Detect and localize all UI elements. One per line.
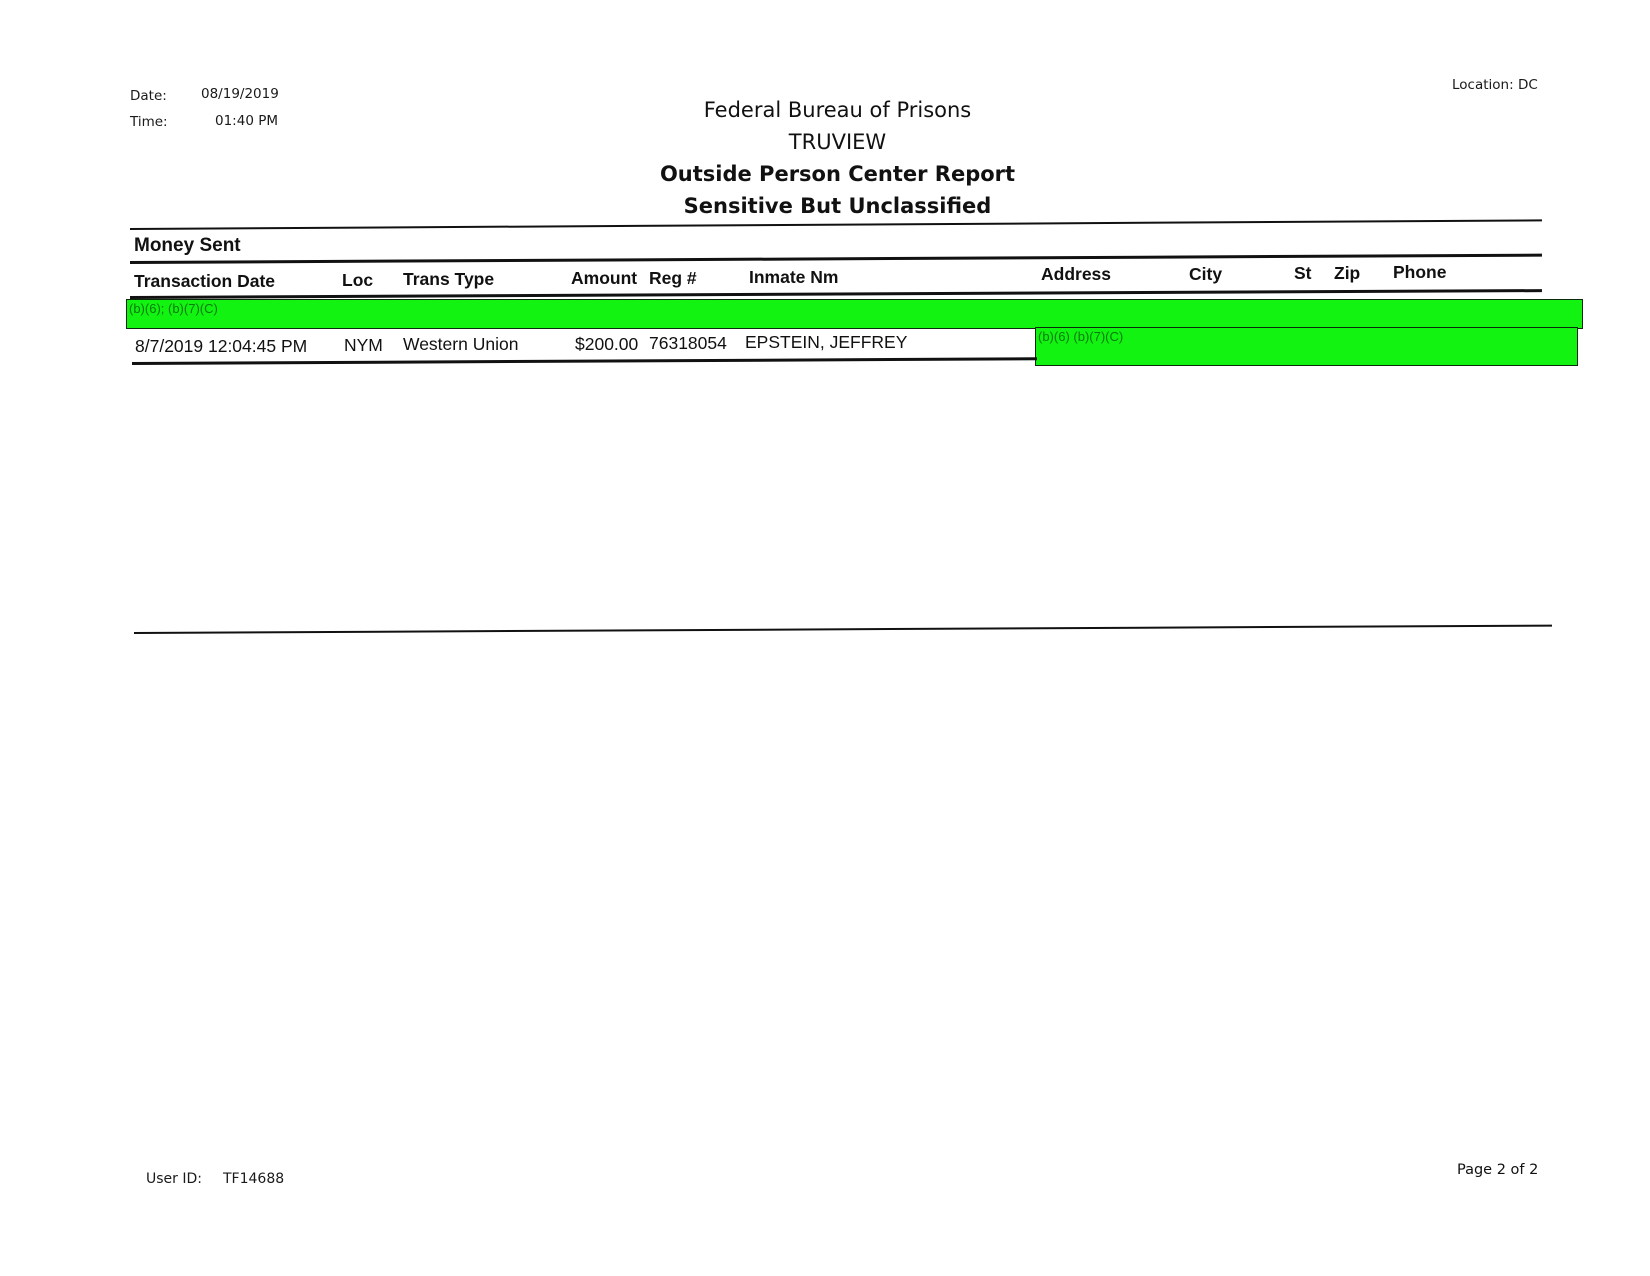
date-label: Date: — [130, 88, 167, 104]
report-time: 01:40 PM — [215, 113, 278, 129]
col-header-amount: Amount — [571, 268, 637, 289]
agency-name: Federal Bureau of Prisons — [600, 94, 1075, 126]
col-header-zip: Zip — [1334, 263, 1360, 284]
col-header-reg-num: Reg # — [649, 268, 697, 289]
col-header-trans-type: Trans Type — [403, 269, 494, 290]
col-header-st: St — [1294, 263, 1312, 284]
cell-loc: NYM — [344, 335, 383, 356]
col-header-city: City — [1189, 264, 1222, 285]
section-title-rule — [130, 254, 1542, 264]
section-end-rule — [134, 625, 1552, 634]
section-title: Money Sent — [134, 235, 241, 257]
redaction-block-row: (b)(6); (b)(7)(C) — [126, 299, 1583, 329]
row-bottom-rule — [132, 357, 1037, 364]
col-header-transaction-date: Transaction Date — [134, 271, 275, 292]
redaction-code: (b)(6) (b)(7)(C) — [1038, 329, 1123, 344]
report-title-block: Federal Bureau of Prisons TRUVIEW Outsid… — [600, 94, 1075, 222]
col-header-loc: Loc — [342, 270, 373, 291]
classification-label: Sensitive But Unclassified — [600, 190, 1075, 222]
system-name: TRUVIEW — [600, 126, 1075, 158]
cell-amount: $200.00 — [575, 334, 638, 355]
time-label: Time: — [130, 114, 168, 130]
col-header-address: Address — [1041, 264, 1111, 285]
cell-inmate-nm: EPSTEIN, JEFFREY — [745, 332, 907, 353]
col-header-phone: Phone — [1393, 262, 1446, 283]
page-number: Page 2 of 2 — [1457, 1162, 1538, 1178]
location: Location: DC — [1452, 77, 1538, 93]
col-header-inmate-nm: Inmate Nm — [749, 267, 838, 288]
user-id-value: TF14688 — [223, 1171, 284, 1187]
report-date: 08/19/2019 — [201, 86, 279, 102]
user-id-label: User ID: — [146, 1171, 202, 1187]
cell-trans-type: Western Union — [403, 334, 518, 355]
report-name: Outside Person Center Report — [600, 158, 1075, 190]
redaction-code: (b)(6); (b)(7)(C) — [129, 301, 218, 316]
cell-transaction-date: 8/7/2019 12:04:45 PM — [135, 336, 307, 357]
redaction-block-address: (b)(6) (b)(7)(C) — [1035, 327, 1578, 366]
cell-reg-num: 76318054 — [649, 333, 727, 354]
